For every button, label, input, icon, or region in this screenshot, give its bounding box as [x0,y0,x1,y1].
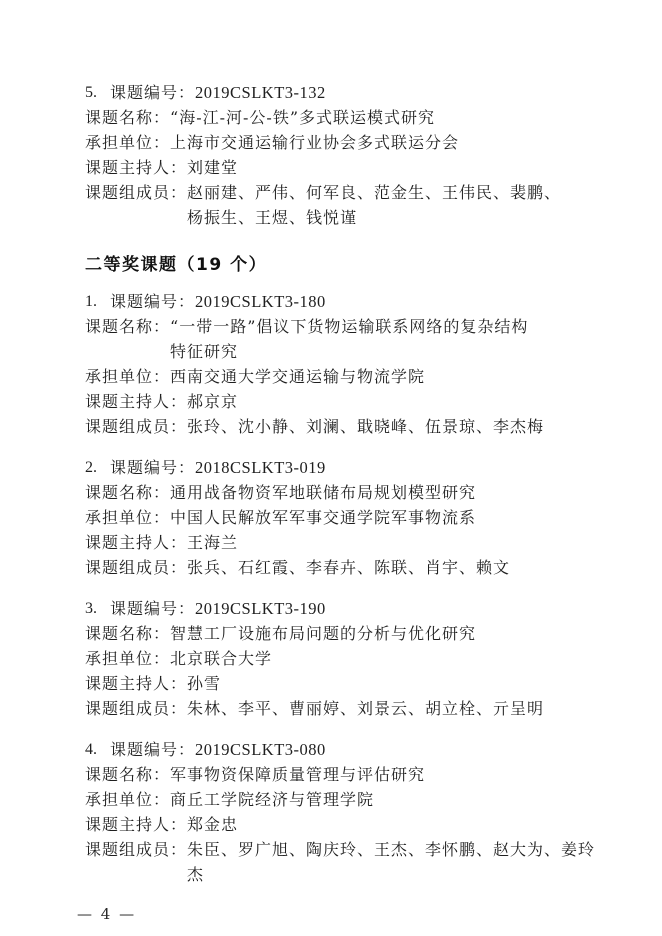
unit-value: 中国人民解放军军事交通学院军事物流系 [170,505,476,530]
field-line-leader: 课题主持人： 王海兰 [85,530,604,555]
code-value: 2019CSLKT3-180 [195,289,326,314]
section-heading: 二等奖课题（19 个） [85,252,604,278]
field-line-unit: 承担单位： 中国人民解放军军事交通学院军事物流系 [85,505,604,530]
leader-value: 刘建堂 [187,155,238,180]
leader-label: 课题主持人： [85,671,187,696]
members-value: 张兵、石红霞、李春卉、陈联、肖宇、赖文 [187,555,510,580]
code-label: 课题编号： [110,596,195,621]
field-line-code: 4. 课题编号： 2019CSLKT3-080 [85,737,604,762]
field-line-name: 课题名称： 军事物资保障质量管理与评估研究 [85,762,604,787]
field-line-members: 课题组成员： 张玲、沈小静、刘澜、戢晓峰、伍景琼、李杰梅 [85,414,604,439]
name-label: 课题名称： [85,105,170,130]
item-number: 1. [85,289,110,314]
unit-value: 北京联合大学 [170,646,272,671]
name-label: 课题名称： [85,480,170,505]
name-label: 课题名称： [85,762,170,787]
code-value: 2019CSLKT3-080 [195,737,326,762]
field-line-code: 5. 课题编号： 2019CSLKT3-132 [85,80,604,105]
code-label: 课题编号： [110,289,195,314]
project-item-3: 3. 课题编号： 2019CSLKT3-190 课题名称： 智慧工厂设施布局问题… [85,596,604,721]
project-item-1: 1. 课题编号： 2019CSLKT3-180 课题名称： “一带一路”倡议下货… [85,289,604,439]
leader-value: 郑金忠 [187,812,238,837]
leader-label: 课题主持人： [85,530,187,555]
item-number: 3. [85,596,110,621]
field-line-name: 课题名称： “海-江-河-公-铁”多式联运模式研究 [85,105,604,130]
code-label: 课题编号： [110,80,195,105]
members-value: 张玲、沈小静、刘澜、戢晓峰、伍景琼、李杰梅 [187,414,544,439]
members-value: 赵丽建、严伟、何军良、范金生、王伟民、裴鹏、 杨振生、王煜、钱悦谨 [187,180,561,230]
field-line-leader: 课题主持人： 郑金忠 [85,812,604,837]
page-number: — 4 — [77,903,604,925]
members-value: 朱林、李平、曹丽婷、刘景云、胡立栓、亓呈明 [187,696,544,721]
code-label: 课题编号： [110,455,195,480]
field-line-code: 1. 课题编号： 2019CSLKT3-180 [85,289,604,314]
name-label: 课题名称： [85,314,170,339]
field-line-code: 3. 课题编号： 2019CSLKT3-190 [85,596,604,621]
members-label: 课题组成员： [85,414,187,439]
code-value: 2019CSLKT3-132 [195,80,326,105]
field-line-leader: 课题主持人： 孙雪 [85,671,604,696]
members-label: 课题组成员： [85,555,187,580]
name-label: 课题名称： [85,621,170,646]
leader-label: 课题主持人： [85,812,187,837]
name-value: “海-江-河-公-铁”多式联运模式研究 [170,105,435,130]
members-label: 课题组成员： [85,837,187,862]
field-line-name: 课题名称： “一带一路”倡议下货物运输联系网络的复杂结构 特征研究 [85,314,604,364]
field-line-name: 课题名称： 通用战备物资军地联储布局规划模型研究 [85,480,604,505]
members-label: 课题组成员： [85,180,187,205]
unit-value: 西南交通大学交通运输与物流学院 [170,364,425,389]
unit-label: 承担单位： [85,364,170,389]
field-line-name: 课题名称： 智慧工厂设施布局问题的分析与优化研究 [85,621,604,646]
name-value: 通用战备物资军地联储布局规划模型研究 [170,480,476,505]
code-value: 2019CSLKT3-190 [195,596,326,621]
leader-label: 课题主持人： [85,389,187,414]
leader-label: 课题主持人： [85,155,187,180]
project-item-2: 2. 课题编号： 2018CSLKT3-019 课题名称： 通用战备物资军地联储… [85,455,604,580]
item-number: 4. [85,737,110,762]
field-line-leader: 课题主持人： 郝京京 [85,389,604,414]
name-value: “一带一路”倡议下货物运输联系网络的复杂结构 特征研究 [170,314,528,364]
leader-value: 郝京京 [187,389,238,414]
unit-label: 承担单位： [85,646,170,671]
name-value: 军事物资保障质量管理与评估研究 [170,762,425,787]
leader-value: 孙雪 [187,671,221,696]
unit-label: 承担单位： [85,130,170,155]
leader-value: 王海兰 [187,530,238,555]
unit-value: 商丘工学院经济与管理学院 [170,787,374,812]
field-line-members: 课题组成员： 朱臣、罗广旭、陶庆玲、王杰、李怀鹏、赵大为、姜玲杰 [85,837,604,887]
unit-label: 承担单位： [85,505,170,530]
field-line-members: 课题组成员： 赵丽建、严伟、何军良、范金生、王伟民、裴鹏、 杨振生、王煜、钱悦谨 [85,180,604,230]
members-value: 朱臣、罗广旭、陶庆玲、王杰、李怀鹏、赵大为、姜玲杰 [187,837,604,887]
members-label: 课题组成员： [85,696,187,721]
field-line-members: 课题组成员： 朱林、李平、曹丽婷、刘景云、胡立栓、亓呈明 [85,696,604,721]
item-number: 2. [85,455,110,480]
project-item-4: 4. 课题编号： 2019CSLKT3-080 课题名称： 军事物资保障质量管理… [85,737,604,887]
document-page: 5. 课题编号： 2019CSLKT3-132 课题名称： “海-江-河-公-铁… [0,0,662,936]
item-number: 5. [85,80,110,105]
field-line-unit: 承担单位： 上海市交通运输行业协会多式联运分会 [85,130,604,155]
field-line-unit: 承担单位： 西南交通大学交通运输与物流学院 [85,364,604,389]
field-line-members: 课题组成员： 张兵、石红霞、李春卉、陈联、肖宇、赖文 [85,555,604,580]
field-line-code: 2. 课题编号： 2018CSLKT3-019 [85,455,604,480]
name-value: 智慧工厂设施布局问题的分析与优化研究 [170,621,476,646]
field-line-unit: 承担单位： 北京联合大学 [85,646,604,671]
unit-label: 承担单位： [85,787,170,812]
field-line-unit: 承担单位： 商丘工学院经济与管理学院 [85,787,604,812]
project-item-5: 5. 课题编号： 2019CSLKT3-132 课题名称： “海-江-河-公-铁… [85,80,604,230]
field-line-leader: 课题主持人： 刘建堂 [85,155,604,180]
unit-value: 上海市交通运输行业协会多式联运分会 [170,130,459,155]
code-label: 课题编号： [110,737,195,762]
code-value: 2018CSLKT3-019 [195,455,326,480]
